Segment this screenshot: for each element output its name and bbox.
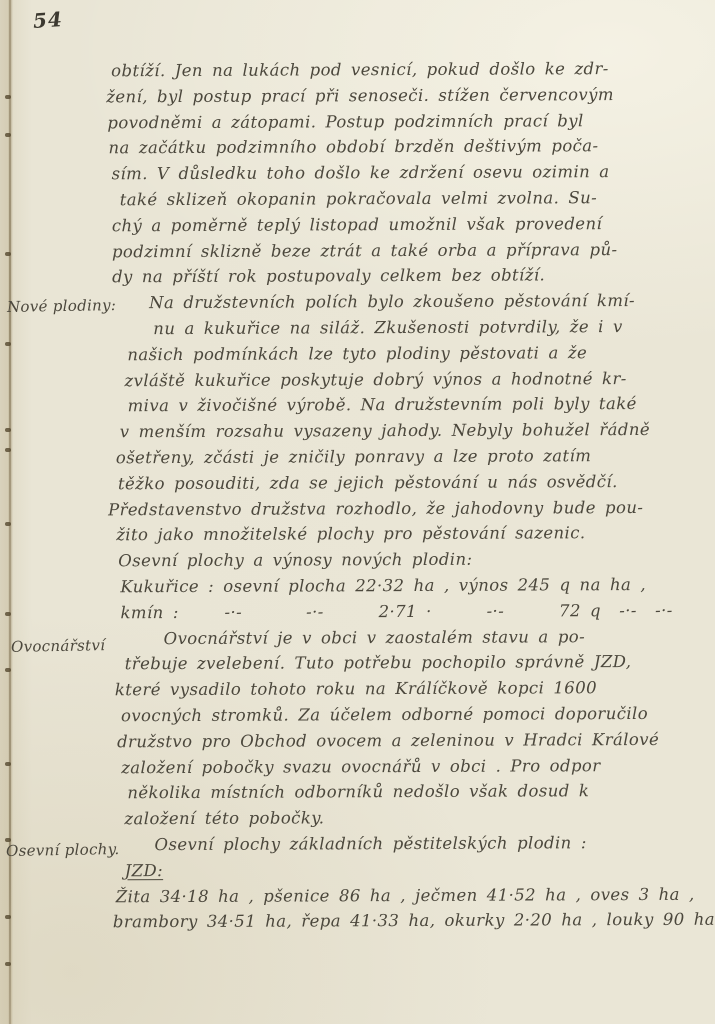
margin-note-osevni-plochy: Osevní plochy. bbox=[6, 840, 120, 860]
handwritten-line: v menším rozsahu vysazeny jahody. Nebyly… bbox=[108, 417, 710, 445]
handwritten-line: chý a poměrně teplý listopad umožnil vša… bbox=[107, 210, 709, 238]
binding-stitch bbox=[5, 668, 11, 672]
binding-stitch bbox=[5, 342, 11, 346]
handwritten-line: založení pobočky svazu ovocnářů v obci .… bbox=[109, 752, 711, 780]
handwritten-line: zvláště kukuřice poskytuje dobrý výnos a… bbox=[107, 365, 709, 393]
handwritten-line: brambory 34·51 ha, řepa 41·33 ha, okurky… bbox=[110, 907, 712, 935]
handwritten-line: podzimní sklizně beze ztrát a také orba … bbox=[107, 236, 709, 264]
handwritten-line: obtíží. Jen na lukách pod vesnicí, pokud… bbox=[106, 56, 708, 84]
handwritten-line: dy na příští rok postupovaly celkem bez … bbox=[107, 262, 709, 290]
handwritten-text-body: obtíží. Jen na lukách pod vesnicí, pokud… bbox=[106, 56, 712, 936]
handwritten-line: Na družstevních polích bylo zkoušeno pěs… bbox=[107, 288, 709, 316]
handwritten-line: našich podmínkách lze tyto plodiny pěsto… bbox=[107, 339, 709, 367]
binding-stitch bbox=[5, 762, 11, 766]
handwritten-line: JZD: bbox=[110, 855, 712, 883]
handwritten-line: Žita 34·18 ha , pšenice 86 ha , ječmen 4… bbox=[110, 881, 712, 909]
handwritten-line: které vysadilo tohoto roku na Králíčkově… bbox=[109, 675, 711, 703]
handwritten-line: na začátku podzimního období brzděn dešt… bbox=[106, 133, 708, 161]
handwritten-line: kmín : -·- -·- 2·71 · -·- 72 q -·- -·- bbox=[108, 597, 710, 625]
handwritten-line: několika místních odborníků nedošlo však… bbox=[109, 778, 711, 806]
handwritten-line: žení, byl postup prací při senoseči. stí… bbox=[106, 81, 708, 109]
handwritten-line: třebuje zvelebení. Tuto potřebu pochopil… bbox=[109, 649, 711, 677]
handwritten-line: družstvo pro Obchod ovocem a zeleninou v… bbox=[109, 726, 711, 754]
binding-stitch bbox=[5, 612, 11, 616]
handwritten-line: Osevní plochy základních pěstitelských p… bbox=[109, 830, 711, 858]
handwritten-line: miva v živočišné výrobě. Na družstevním … bbox=[108, 391, 710, 419]
handwritten-line: žito jako množitelské plochy pro pěstová… bbox=[108, 520, 710, 548]
margin-note-ovocnarstvi: Ovocnářství bbox=[11, 636, 106, 656]
binding-edge bbox=[9, 0, 11, 1024]
binding-stitch bbox=[5, 95, 11, 99]
handwritten-line: založení této pobočky. bbox=[109, 804, 711, 832]
handwritten-line: ovocných stromků. Za účelem odborné pomo… bbox=[109, 701, 711, 729]
binding-stitch bbox=[5, 448, 11, 452]
binding-stitch bbox=[5, 522, 11, 526]
binding-stitch bbox=[5, 962, 11, 966]
handwritten-line: Osevní plochy a výnosy nových plodin: bbox=[108, 546, 710, 574]
margin-note-nove-plodiny: Nové plodiny: bbox=[7, 296, 117, 316]
handwritten-line: Kukuřice : osevní plocha 22·32 ha , výno… bbox=[108, 572, 710, 600]
chronicle-page: 54 Nové plodiny: Ovocnářství Osevní ploc… bbox=[0, 0, 715, 1024]
handwritten-line: těžko posouditi, zda se jejich pěstování… bbox=[108, 468, 710, 496]
handwritten-line: sím. V důsledku toho došlo ke zdržení os… bbox=[107, 159, 709, 187]
binding-stitch bbox=[5, 915, 11, 919]
binding-stitch bbox=[5, 252, 11, 256]
handwritten-line: povodněmi a zátopami. Postup podzimních … bbox=[106, 107, 708, 135]
handwritten-line: nu a kukuřice na siláž. Zkušenosti potvr… bbox=[107, 314, 709, 342]
binding-stitch bbox=[5, 133, 11, 137]
handwritten-line: ošetřeny, zčásti je zničily ponravy a lz… bbox=[108, 443, 710, 471]
page-number: 54 bbox=[32, 7, 63, 33]
handwritten-line: Představenstvo družstva rozhodlo, že jah… bbox=[108, 494, 710, 522]
binding-stitch bbox=[5, 428, 11, 432]
handwritten-line: Ovocnářství je v obci v zaostalém stavu … bbox=[109, 623, 711, 651]
handwritten-line: také sklizeň okopanin pokračovala velmi … bbox=[107, 185, 709, 213]
